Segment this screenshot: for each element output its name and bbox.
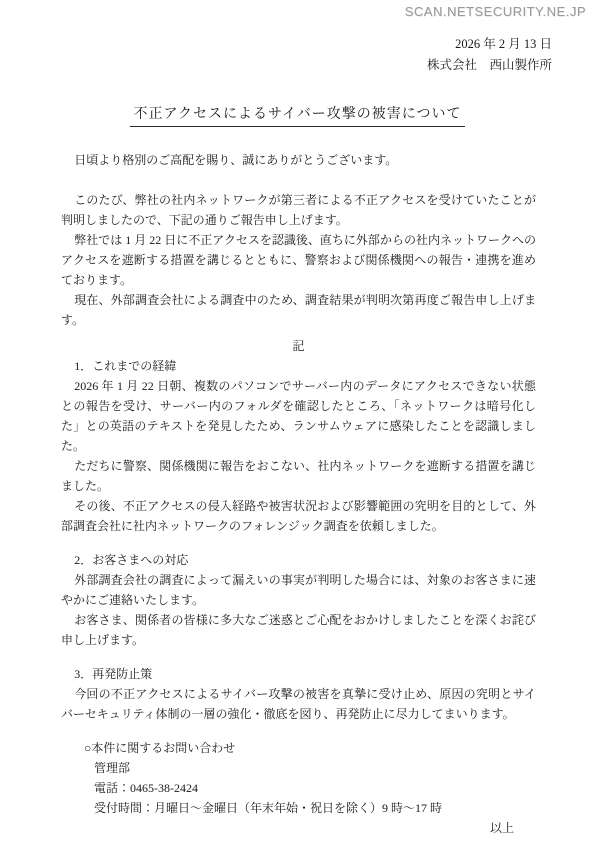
company-name: 株式会社 西山製作所	[0, 55, 552, 76]
title-row: 不正アクセスによるサイバー攻撃の被害について	[0, 103, 595, 127]
contact-heading: ○本件に関するお問い合わせ	[61, 738, 536, 758]
section-customer-paragraph-1: 外部調査会社の調査によって漏えいの事実が判明した場合には、対象のお客さまに速やか…	[61, 570, 536, 610]
contact-phone: 電話：0465-38-2424	[61, 778, 536, 798]
record-marker: 記	[61, 336, 536, 356]
closing-mark: 以上	[61, 818, 536, 838]
contact-department: 管理部	[61, 758, 536, 778]
section-history: 1．これまでの経緯 2026 年 1 月 22 日朝、複数のパソコンでサーバー内…	[61, 356, 536, 536]
section-customer-paragraph-2: お客さま、関係者の皆様に多大なご迷惑とご心配をおかけしましたことを深くお詫び申し…	[61, 610, 536, 650]
section-heading-prevention: 3．再発防止策	[61, 664, 536, 684]
greeting-paragraph: 日頃より格別のご高配を賜り、誠にありがとうございます。	[61, 150, 536, 170]
document-body: 日頃より格別のご高配を賜り、誠にありがとうございます。 このたび、弊社の社内ネッ…	[0, 150, 595, 838]
section-history-paragraph-2: ただちに警察、関係機関に報告をおこない、社内ネットワークを遮断する措置を講じまし…	[61, 456, 536, 496]
intro-paragraph-3: 現在、外部調査会社による調査中のため、調査結果が判明次第再度ご報告申し上げます。	[61, 290, 536, 330]
document-date: 2026 年 2 月 13 日	[0, 34, 552, 55]
document-title: 不正アクセスによるサイバー攻撃の被害について	[130, 103, 464, 127]
contact-hours: 受付時間：月曜日～金曜日（年末年始・祝日を除く）9 時～17 時	[61, 798, 536, 818]
section-history-paragraph-3: その後、不正アクセスの侵入経路や被害状況および影響範囲の究明を目的として、外部調…	[61, 496, 536, 536]
section-heading-customer-response: 2．お客さまへの対応	[61, 550, 536, 570]
section-customer-response: 2．お客さまへの対応 外部調査会社の調査によって漏えいの事実が判明した場合には、…	[61, 550, 536, 650]
contact-block: ○本件に関するお問い合わせ 管理部 電話：0465-38-2424 受付時間：月…	[61, 738, 536, 818]
section-heading-history: 1．これまでの経緯	[61, 356, 536, 376]
intro-paragraph-2: 弊社では 1 月 22 日に不正アクセスを認識後、直ちに外部からの社内ネットワー…	[61, 230, 536, 290]
site-watermark: SCAN.NETSECURITY.NE.JP	[405, 4, 586, 19]
document-page: SCAN.NETSECURITY.NE.JP 2026 年 2 月 13 日 株…	[0, 0, 595, 841]
section-prevention-paragraph-1: 今回の不正アクセスによるサイバー攻撃の被害を真摯に受け止め、原因の究明とサイバー…	[61, 684, 536, 724]
section-prevention: 3．再発防止策 今回の不正アクセスによるサイバー攻撃の被害を真摯に受け止め、原因…	[61, 664, 536, 724]
section-history-paragraph-1: 2026 年 1 月 22 日朝、複数のパソコンでサーバー内のデータにアクセスで…	[61, 376, 536, 456]
intro-paragraph-1: このたび、弊社の社内ネットワークが第三者による不正アクセスを受けていたことが判明…	[61, 190, 536, 230]
